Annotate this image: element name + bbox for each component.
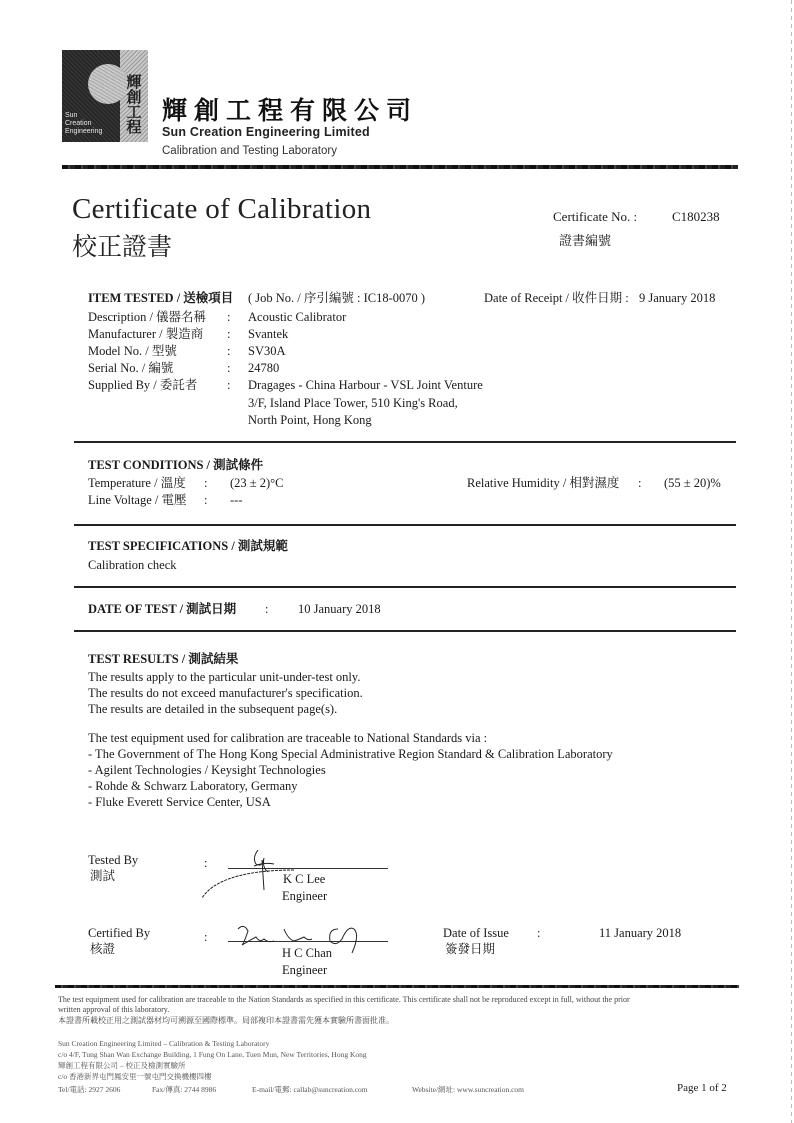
certified-by-label: Certified By: [88, 925, 150, 941]
supplied-by-label: Supplied By / 委託者: [88, 377, 197, 393]
colon: :: [227, 343, 230, 359]
manufacturer-label: Manufacturer / 製造商: [88, 326, 203, 342]
header-divider: [62, 165, 738, 169]
date-of-test-value: 10 January 2018: [298, 601, 381, 617]
section-divider: [74, 630, 736, 632]
certificate-no-label-cn: 證書編號: [559, 230, 611, 249]
humidity-label: Relative Humidity / 相對濕度: [467, 475, 619, 491]
date-of-receipt: 9 January 2018: [639, 290, 715, 306]
address-line: North Point, Hong Kong: [248, 412, 372, 428]
footer-address: c/o 香港新界屯門鳳安里一號屯門交換機樓四樓: [58, 1072, 212, 1083]
section-divider: [74, 586, 736, 588]
date-of-issue-label: Date of Issue: [443, 925, 509, 941]
footer-divider: [55, 985, 739, 988]
colon: :: [638, 475, 641, 491]
manufacturer-value: Svantek: [248, 326, 288, 342]
footer-address: c/o 4/F, Tung Shan Wan Exchange Building…: [58, 1050, 367, 1061]
colon: :: [204, 929, 207, 945]
date-of-receipt-label: Date of Receipt / 收件日期 :: [484, 290, 629, 306]
footer-email: E-mail/電郵: callab@suncreation.com: [252, 1085, 368, 1096]
colon: :: [227, 360, 230, 376]
page-title-cn: 校正證書: [72, 227, 172, 263]
moon-logo-icon: [88, 64, 128, 104]
certificate-no-label: Certificate No. :: [553, 209, 637, 225]
traceability-item: - Agilent Technologies / Keysight Techno…: [88, 762, 326, 778]
disclaimer-cn: 本證書所載校正用之測試器材均可溯源至國際標準。局部複印本證書需先獲本實驗所書面批…: [58, 1016, 394, 1026]
serial-no-label: Serial No. / 編號: [88, 360, 173, 376]
model-no-value: SV30A: [248, 343, 286, 359]
footer-address: Sun Creation Engineering Limited – Calib…: [58, 1039, 269, 1050]
traceability-item: - Fluke Everett Service Center, USA: [88, 794, 271, 810]
colon: :: [227, 326, 230, 342]
serial-no-value: 24780: [248, 360, 279, 376]
certified-by-label-cn: 核證: [90, 941, 115, 957]
footer-address: 輝創工程有限公司 – 校正及檢測實驗所: [58, 1061, 186, 1072]
section-divider: [74, 524, 736, 526]
traceability-item: - The Government of The Hong Kong Specia…: [88, 746, 613, 762]
colon: :: [537, 925, 540, 941]
colon: :: [204, 475, 207, 491]
scan-edge: [791, 0, 792, 1123]
certificate-no: C180238: [672, 209, 720, 225]
company-name-cn: 輝創工程有限公司: [162, 91, 418, 127]
footer-tel: Tel/電話: 2927 2606: [58, 1085, 120, 1096]
temperature-label: Temperature / 溫度: [88, 475, 186, 491]
section-divider: [74, 441, 736, 443]
test-results-heading: TEST RESULTS / 測試結果: [88, 651, 238, 667]
result-line: The results apply to the particular unit…: [88, 669, 360, 685]
date-of-issue-value: 11 January 2018: [599, 925, 681, 941]
company-logo: 輝 創 工 程 Sun Creation Engineering: [62, 50, 148, 142]
traceability-intro: The test equipment used for calibration …: [88, 730, 487, 746]
date-of-issue-label-cn: 簽發日期: [445, 941, 495, 957]
line-voltage-label: Line Voltage / 電壓: [88, 492, 187, 508]
lab-name: Calibration and Testing Laboratory: [162, 145, 337, 157]
test-specifications-value: Calibration check: [88, 557, 177, 573]
supplied-by-value: Dragages - China Harbour - VSL Joint Ven…: [248, 377, 483, 393]
footer-fax: Fax/傳真: 2744 8986: [152, 1085, 216, 1096]
disclaimer-en: The test equipment used for calibration …: [58, 995, 630, 1005]
date-of-test-label: DATE OF TEST / 測試日期: [88, 601, 236, 617]
colon: :: [265, 601, 268, 617]
page-number: Page 1 of 2: [677, 1080, 727, 1096]
logo-english-text: Sun Creation Engineering: [65, 112, 102, 136]
tested-by-title: Engineer: [282, 888, 327, 904]
page-title: Certificate of Calibration: [72, 193, 371, 226]
humidity-value: (55 ± 20)%: [664, 475, 721, 491]
tested-by-label: Tested By: [88, 852, 138, 868]
colon: :: [227, 309, 230, 325]
result-line: The results are detailed in the subseque…: [88, 701, 337, 717]
description-value: Acoustic Calibrator: [248, 309, 346, 325]
tested-by-label-cn: 測試: [90, 868, 115, 884]
traceability-item: - Rohde & Schwarz Laboratory, Germany: [88, 778, 298, 794]
disclaimer-en: written approval of this laboratory.: [58, 1005, 169, 1015]
certified-by-title: Engineer: [282, 962, 327, 978]
line-voltage-value: ---: [230, 492, 243, 508]
address-line: 3/F, Island Place Tower, 510 King's Road…: [248, 395, 458, 411]
description-label: Description / 儀器名稱: [88, 309, 206, 325]
temperature-value: (23 ± 2)°C: [230, 475, 284, 491]
logo-vertical-text: 輝 創 工 程: [124, 76, 144, 136]
certified-by-name: H C Chan: [282, 945, 332, 961]
colon: :: [204, 492, 207, 508]
tested-by-name: K C Lee: [283, 871, 325, 887]
item-tested-heading: ITEM TESTED / 送檢項目: [88, 290, 233, 306]
model-no-label: Model No. / 型號: [88, 343, 177, 359]
job-number: ( Job No. / 序引編號 : IC18-0070 ): [248, 290, 425, 306]
company-name-en: Sun Creation Engineering Limited: [162, 125, 370, 139]
footer-website: Website/網址: www.suncreation.com: [412, 1085, 524, 1096]
colon: :: [227, 377, 230, 393]
test-conditions-heading: TEST CONDITIONS / 測試條件: [88, 457, 263, 473]
result-line: The results do not exceed manufacturer's…: [88, 685, 363, 701]
test-specifications-heading: TEST SPECIFICATIONS / 測試規範: [88, 538, 288, 554]
